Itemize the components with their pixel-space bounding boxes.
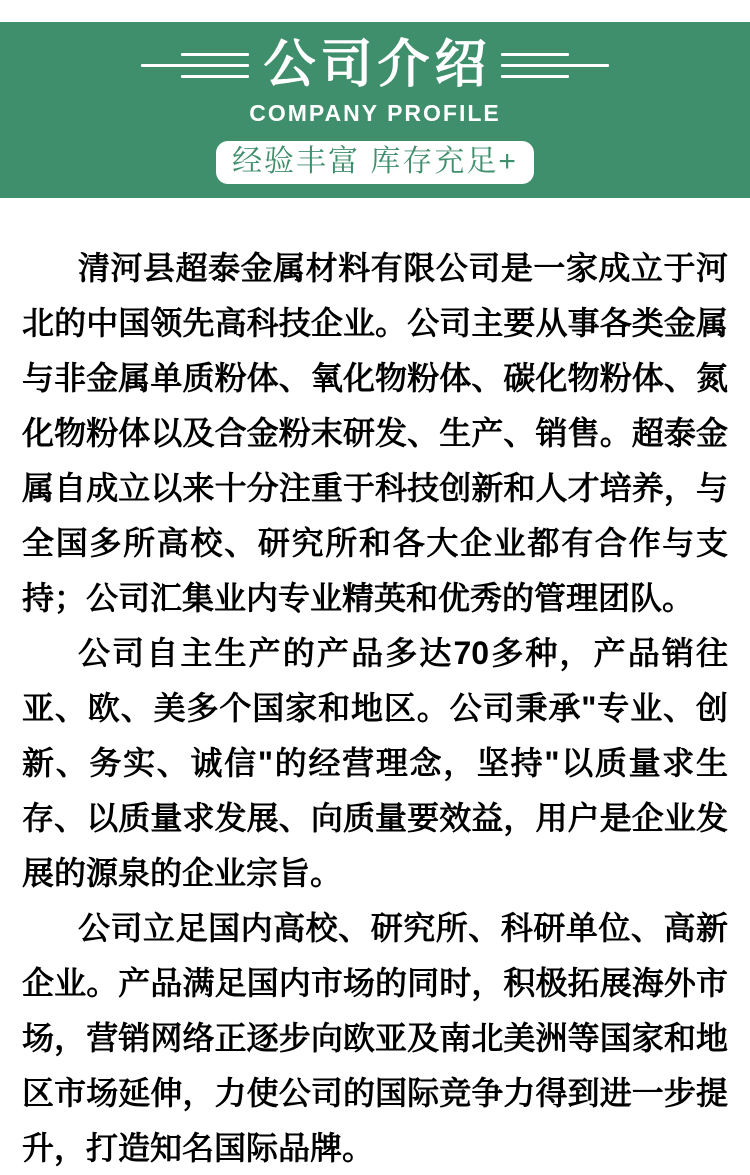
title-row: 公司介绍 bbox=[0, 22, 750, 91]
deco-line bbox=[141, 64, 249, 67]
title-decoration-left-lines-icon bbox=[141, 53, 249, 78]
deco-line bbox=[181, 75, 249, 78]
page-title: 公司介绍 bbox=[258, 39, 491, 91]
top-white-strip bbox=[0, 0, 750, 22]
company-profile-section: 公司介绍 COMPANY PROFILE 经验丰富 库存充足+ 清河县超泰金属材… bbox=[0, 0, 750, 1175]
feature-badge: 经验丰富 库存充足+ bbox=[216, 141, 534, 184]
deco-line bbox=[181, 53, 249, 56]
title-decoration-right-lines-icon bbox=[501, 53, 609, 78]
section-header-banner: 公司介绍 COMPANY PROFILE 经验丰富 库存充足+ bbox=[0, 22, 750, 198]
deco-line bbox=[501, 64, 609, 67]
page-subtitle: COMPANY PROFILE bbox=[0, 100, 750, 127]
deco-line bbox=[501, 75, 569, 78]
profile-paragraph-3: 公司立足国内高校、研究所、科研单位、高新企业。产品满足国内市场的同时，积极拓展海… bbox=[22, 901, 728, 1175]
profile-paragraph-1: 清河县超泰金属材料有限公司是一家成立于河北的中国领先高科技企业。公司主要从事各类… bbox=[22, 241, 728, 626]
deco-line bbox=[501, 53, 569, 56]
company-profile-text: 清河县超泰金属材料有限公司是一家成立于河北的中国领先高科技企业。公司主要从事各类… bbox=[22, 241, 728, 1175]
profile-paragraph-2: 公司自主生产的产品多达70多种，产品销往亚、欧、美多个国家和地区。公司秉承"专业… bbox=[22, 626, 728, 901]
